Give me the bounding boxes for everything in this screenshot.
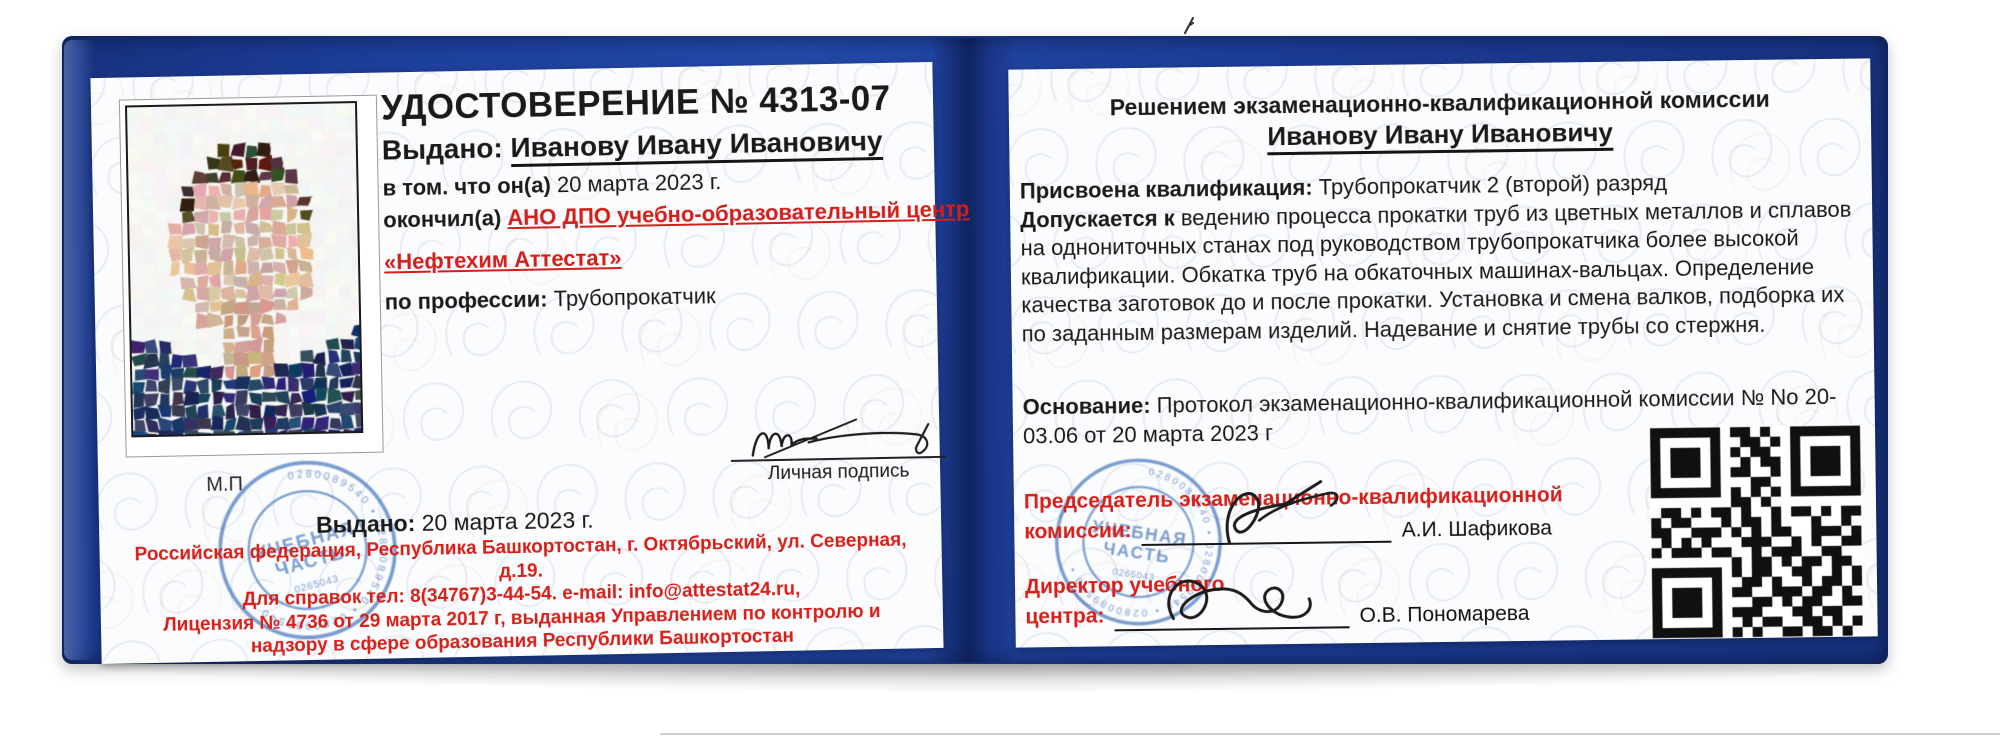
org-name-row2: «Нефтехим Аттестат» [384, 245, 622, 276]
chairman-signature [1201, 465, 1372, 553]
left-page: М.П 0280089540 • 0280089540 • 0280089540… [90, 62, 943, 664]
photo-border [125, 101, 363, 437]
org-address-footer: Российская федерация, Республика Башкорт… [127, 528, 915, 661]
issued-label: Выдано: [382, 132, 503, 165]
director-signature [1149, 560, 1340, 634]
director-label-line2: центра: [1025, 601, 1104, 632]
chairman-name: А.И. Шафикова [1402, 517, 1553, 543]
qualification-value: Трубопрокатчик 2 (второй) разряд [1319, 170, 1668, 200]
director-name: О.В. Пономарева [1359, 602, 1529, 628]
profession-value: Трубопрокатчик [553, 283, 715, 311]
personal-signature-block: Личная подпись [730, 410, 946, 486]
director-row: Директор учебного центра: О.В. Пономарев… [1025, 566, 1530, 633]
right-page: Решением экзаменационно-квалификационной… [1008, 58, 1877, 647]
clause-label: в том. что он(а) [382, 172, 551, 200]
holder-name: Иванову Ивану Ивановичу [510, 125, 883, 167]
basis-label: Основание: [1023, 393, 1151, 420]
chairman-label-line2: комиссии: [1024, 516, 1132, 547]
awarded-holder-name: Иванову Ивану Ивановичу [1267, 117, 1613, 156]
scanned-certificate: М.П 0280089540 • 0280089540 • 0280089540… [0, 0, 2000, 741]
qualification-label: Присвоена квалификация: [1020, 175, 1313, 204]
profession-label: по профессии: [385, 286, 548, 314]
personal-signature-caption: Личная подпись [731, 460, 946, 486]
org-name-line2: «Нефтехим Аттестат» [384, 245, 622, 275]
qualification-paragraph: Присвоена квалификация: Трубопрокатчик 2… [1020, 167, 1864, 349]
issue-date-label: Выдано: [316, 510, 416, 538]
admission-paragraph: Допускается к ведению процесса прокатки … [1020, 195, 1864, 349]
issue-date-value: 20 марта 2023 г. [421, 507, 593, 536]
pen-mark [1181, 14, 1197, 36]
admission-label: Допускается к [1020, 205, 1175, 232]
center-fold [933, 38, 1013, 662]
photo-frame [119, 95, 384, 458]
chairman-signature-line [1142, 531, 1392, 546]
spine-highlight [64, 40, 94, 660]
holder-photo [127, 103, 363, 437]
director-signature-line [1115, 616, 1350, 631]
clause-date: 20 марта 2023 г. [557, 169, 722, 197]
issue-date-row: Выдано: 20 марта 2023 г. [316, 507, 594, 539]
scanner-artifact-line [660, 733, 2000, 735]
chairman-row: Председатель экзаменационно-квалификацио… [1024, 480, 1563, 547]
qr-code [1649, 425, 1864, 640]
finished-label: окончил(а) [383, 205, 502, 232]
